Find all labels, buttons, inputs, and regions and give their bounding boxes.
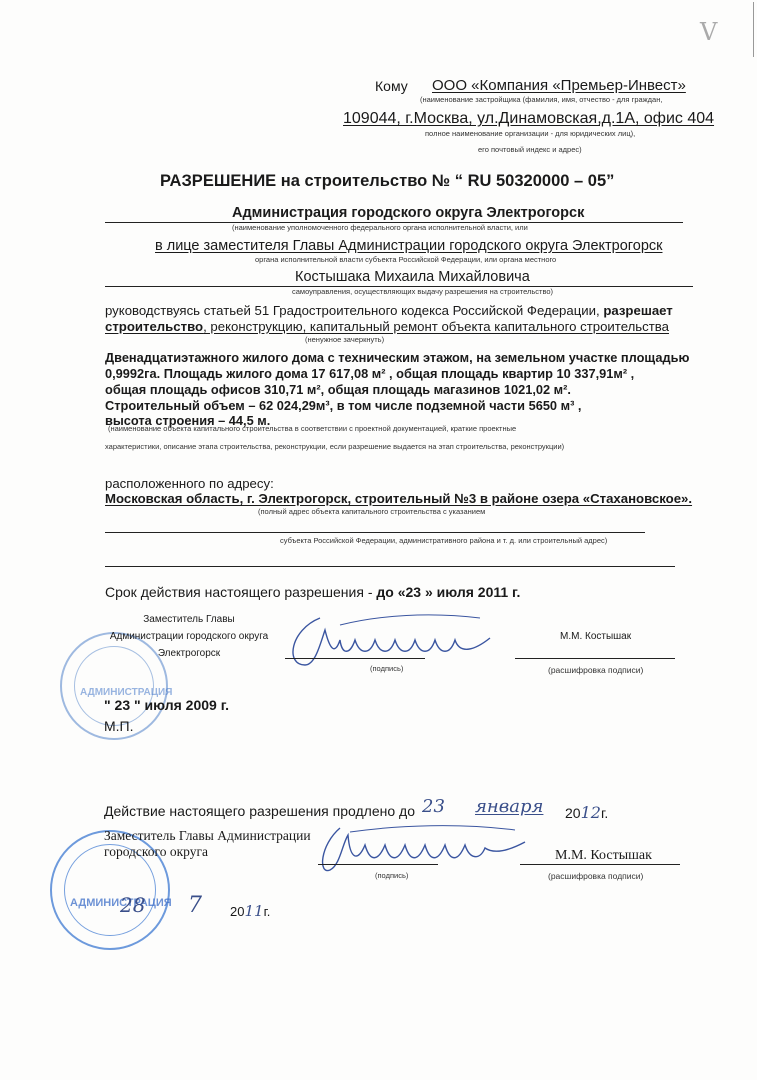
extension-year-prefix: 20 xyxy=(565,805,581,821)
extension-line: Действие настоящего разрешения продлено … xyxy=(104,803,415,819)
signer-1-name-line xyxy=(515,658,675,659)
extension-year-handwritten: 12 xyxy=(581,803,601,822)
validity-date: до «23 » июля 2011 г. xyxy=(376,584,520,600)
signer-position-1: Заместитель Главы Администрации городско… xyxy=(104,611,274,662)
extension-month-handwritten: января xyxy=(475,796,543,817)
validity-label: Срок действия настоящего разрешения - xyxy=(105,584,376,600)
issue-date: " 23 " июля 2009 г. xyxy=(104,697,229,713)
handwritten-signature-2 xyxy=(310,820,540,880)
object-caption-1: (наименование объекта капитального строи… xyxy=(108,424,516,433)
basis-caption: (ненужное зачеркнуть) xyxy=(305,335,384,344)
recipient-address-caption-2: его почтовый индекс и адрес) xyxy=(478,145,582,154)
authority-representative: в лице заместителя Главы Администрации г… xyxy=(155,238,663,254)
signer-position-1-line-1: Заместитель Главы xyxy=(104,611,274,628)
object-caption-2: характеристики, описание этапа строитель… xyxy=(105,442,564,451)
document-title: РАЗРЕШЕНИЕ на строительство № “ RU 50320… xyxy=(160,172,614,191)
location-line-2 xyxy=(105,566,675,567)
extension-label: Действие настоящего разрешения продлено … xyxy=(104,803,415,819)
signer-position-2-line-1: Заместитель Главы Администрации xyxy=(104,828,311,844)
right-edge-mark xyxy=(753,2,754,57)
basis-line-1-bold: разрешает xyxy=(603,303,672,318)
extension-date-year-suffix: г. xyxy=(264,904,271,919)
recipient-name: ООО «Компания «Премьер-Инвест» xyxy=(432,77,686,94)
signature-2-line xyxy=(318,864,438,865)
recipient-address: 109044, г.Москва, ул.Динамовская,д.1А, о… xyxy=(343,110,714,128)
extension-day-handwritten: 23 xyxy=(422,796,445,817)
location-label: расположенного по адресу: xyxy=(105,476,274,491)
corner-check-mark: V xyxy=(700,18,717,46)
signer-position-1-line-2: Администрации городского округа xyxy=(104,628,274,645)
signature-1-caption: (подпись) xyxy=(370,664,403,673)
basis-line-1-regular: руководствуясь статьей 51 Градостроитель… xyxy=(105,303,603,318)
extension-date-day-handwritten: 28 xyxy=(120,893,145,917)
location-address: Московская область, г. Электрогорск, стр… xyxy=(105,491,692,506)
seal-place-label: М.П. xyxy=(104,718,134,734)
location-line-1 xyxy=(105,532,645,533)
basis-line-2: строительство, реконструкцию, капитальны… xyxy=(105,319,669,334)
basis-line-1: руководствуясь статьей 51 Градостроитель… xyxy=(105,303,673,318)
location-caption-2: субъекта Российской Федерации, администр… xyxy=(280,536,607,545)
authority-name: Администрация городского округа Электрог… xyxy=(230,205,586,221)
signer-2-name-caption: (расшифровка подписи) xyxy=(548,871,643,881)
authority-name-caption: (наименование уполномоченного федерально… xyxy=(232,223,528,232)
object-line-1: Двенадцатиэтажного жилого дома с техниче… xyxy=(105,350,689,365)
authority-representative-caption: органа исполнительной власти субъекта Ро… xyxy=(255,255,556,264)
object-line-2: 0,9992га. Площадь жилого дома 17 617,08 … xyxy=(105,366,634,381)
extension-year-suffix: г. xyxy=(601,805,608,821)
authority-person: Костышака Михаила Михайловича xyxy=(293,269,532,285)
signer-position-2: Заместитель Главы Администрации городско… xyxy=(104,828,311,860)
object-line-3: общая площадь офисов 310,71 м², общая пл… xyxy=(105,382,571,397)
recipient-label: Кому xyxy=(375,78,408,94)
signer-2-name: М.М. Костышак xyxy=(555,848,652,864)
extension-date-year: 2011г. xyxy=(230,902,270,920)
basis-line-2-regular: , реконструкцию, капитальный ремонт объе… xyxy=(203,319,669,334)
extension-date-year-handwritten: 11 xyxy=(244,902,263,920)
extension-year: 2012г. xyxy=(565,803,608,822)
validity-line: Срок действия настоящего разрешения - до… xyxy=(105,584,520,600)
basis-line-2-bold: строительство xyxy=(105,319,203,334)
extension-date-year-prefix: 20 xyxy=(230,904,244,919)
signer-2-name-line xyxy=(520,864,680,865)
recipient-address-caption-1: полное наименование организации - для юр… xyxy=(425,129,635,138)
signature-2-caption: (подпись) xyxy=(375,871,408,880)
extension-date-month-handwritten: 7 xyxy=(188,893,202,918)
signature-1-line xyxy=(285,658,425,659)
signer-position-2-line-2: городского округа xyxy=(104,844,311,860)
recipient-name-caption: (наименование застройщика (фамилия, имя,… xyxy=(420,95,662,104)
location-caption-1: (полный адрес объекта капитального строи… xyxy=(258,507,485,516)
signer-1-name-caption: (расшифровка подписи) xyxy=(548,665,643,675)
signer-1-name: М.М. Костышак xyxy=(560,631,631,642)
signer-position-1-line-3: Электрогорск xyxy=(104,645,274,662)
authority-person-caption: самоуправления, осуществляющих выдачу ра… xyxy=(292,287,553,296)
object-line-4: Строительный объем – 62 024,29м³, в том … xyxy=(105,398,581,413)
